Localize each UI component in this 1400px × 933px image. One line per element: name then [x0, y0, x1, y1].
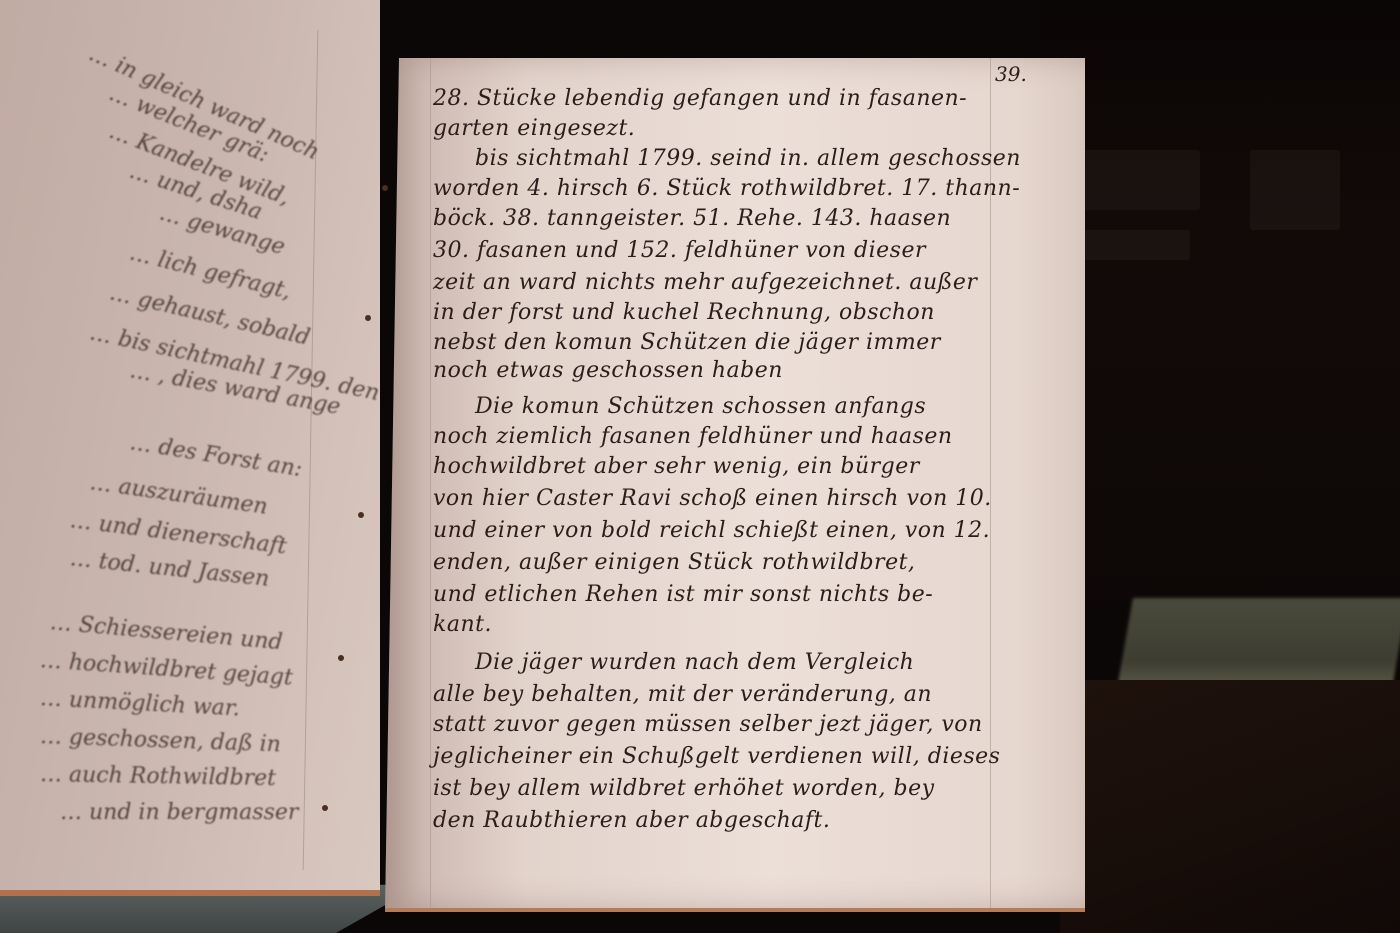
right-page: 39. 28. Stücke lebendig gefangen und in … — [385, 58, 1085, 912]
binding-stitch — [358, 512, 364, 518]
right-text-line: von hier Caster Ravi schoß einen hirsch … — [433, 486, 992, 511]
left-text-line: … geschossen, daß in — [40, 724, 282, 757]
right-text-line: 28. Stücke lebendig gefangen und in fasa… — [433, 86, 967, 111]
right-text-line: bis sichtmahl 1799. seind in. allem gesc… — [475, 146, 1021, 171]
binding-stitch — [365, 315, 371, 321]
right-text-line: 30. fasanen und 152. feldhüner von diese… — [433, 238, 926, 263]
right-text-line: ist bey allem wildbret erhöhet worden, b… — [433, 776, 935, 801]
right-text-line: zeit an ward nichts mehr aufgezeichnet. … — [433, 270, 977, 295]
right-text-line: in der forst und kuchel Rechnung, obscho… — [433, 300, 935, 325]
right-text-line: und etlichen Rehen ist mir sonst nichts … — [433, 582, 933, 607]
right-text-line: kant. — [433, 612, 492, 637]
right-text-line: den Raubthieren aber abgeschaft. — [433, 808, 830, 833]
left-text-line: … Schiessereien und — [49, 610, 284, 655]
right-text-line: hochwildbret aber sehr wenig, ein bürger — [433, 454, 920, 479]
left-text-line: … auszuräumen — [88, 470, 269, 520]
right-text-line: alle bey behalten, mit der veränderung, … — [433, 682, 932, 707]
right-text-line: und einer von bold reichl schießt einen,… — [433, 518, 990, 543]
left-text-line: … hochwildbret gejagt — [39, 648, 293, 691]
background-paper-stack — [1117, 598, 1400, 688]
right-text-line: worden 4. hirsch 6. Stück rothwildbret. … — [433, 176, 1020, 201]
background-shelf-item — [1080, 150, 1200, 210]
background-shelf-item — [1080, 230, 1190, 260]
right-text-line: statt zuvor gegen müssen selber jezt jäg… — [433, 712, 983, 737]
background-bookshelf — [1040, 0, 1400, 600]
right-text-line: noch ziemlich fasanen feldhüner und haas… — [433, 424, 953, 449]
right-page-left-margin-line — [430, 58, 431, 908]
right-text-line: jeglicheiner ein Schußgelt verdienen wil… — [433, 744, 1000, 769]
left-text-line: … und in bergmasser — [60, 800, 298, 825]
right-text-line: enden, außer einigen Stück rothwildbret, — [433, 550, 915, 575]
right-text-line: Die komun Schützen schossen anfangs — [475, 394, 926, 419]
left-text-line: … unmöglich war. — [39, 686, 240, 721]
right-text-line: Die jäger wurden nach dem Vergleich — [475, 650, 914, 675]
page-number: 39. — [995, 62, 1027, 86]
right-text-line: noch etwas geschossen haben — [433, 358, 783, 383]
background-desk — [1060, 680, 1400, 933]
left-text-line: … auch Rothwildbret — [40, 762, 276, 791]
right-text-line: nebst den komun Schützen die jäger immer — [433, 330, 941, 355]
left-page: … in gleich ward noch … welcher grä: … K… — [0, 0, 380, 896]
binding-stitch — [382, 185, 388, 191]
left-page-text: … in gleich ward noch … welcher grä: … K… — [0, 0, 340, 860]
left-text-line: … des Forst an: — [128, 430, 304, 482]
right-text-line: böck. 38. tanngeister. 51. Rehe. 143. ha… — [433, 206, 951, 231]
background-shelf-item — [1250, 150, 1340, 230]
right-text-line: garten eingesezt. — [433, 116, 635, 141]
